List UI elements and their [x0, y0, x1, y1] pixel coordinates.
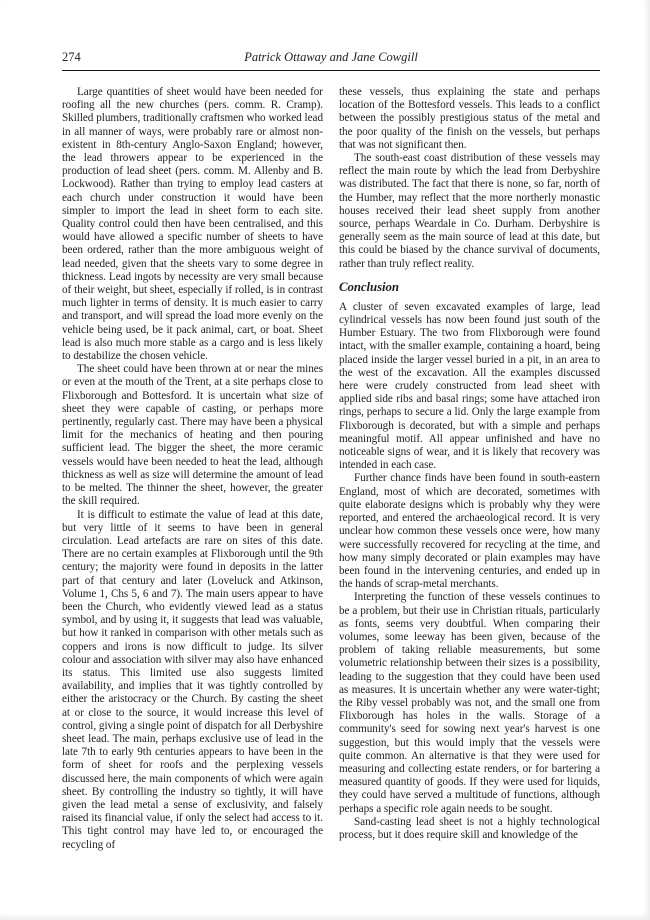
paragraph: Large quantities of sheet would have bee…	[62, 86, 323, 363]
column-left: Large quantities of sheet would have bee…	[62, 86, 323, 852]
column-right: these vessels, thus explaining the state…	[339, 86, 600, 852]
paragraph: Further chance finds have been found in …	[339, 472, 600, 591]
scanned-paper-page: 274 Patrick Ottaway and Jane Cowgill Lar…	[0, 0, 650, 920]
paragraph: Sand-casting lead sheet is not a highly …	[339, 816, 600, 842]
paragraph: A cluster of seven excavated examples of…	[339, 301, 600, 473]
page-header: 274 Patrick Ottaway and Jane Cowgill	[62, 50, 600, 65]
text-columns: Large quantities of sheet would have bee…	[62, 86, 600, 852]
paragraph: Interpreting the function of these vesse…	[339, 591, 600, 815]
paragraph: The south-east coast distribution of the…	[339, 152, 600, 271]
header-rule	[62, 70, 600, 71]
paragraph: The sheet could have been thrown at or n…	[62, 363, 323, 508]
section-heading-conclusion: Conclusion	[339, 280, 600, 295]
running-head: Patrick Ottaway and Jane Cowgill	[62, 50, 600, 65]
paragraph: these vessels, thus explaining the state…	[339, 86, 600, 152]
paragraph: It is difficult to estimate the value of…	[62, 509, 323, 852]
